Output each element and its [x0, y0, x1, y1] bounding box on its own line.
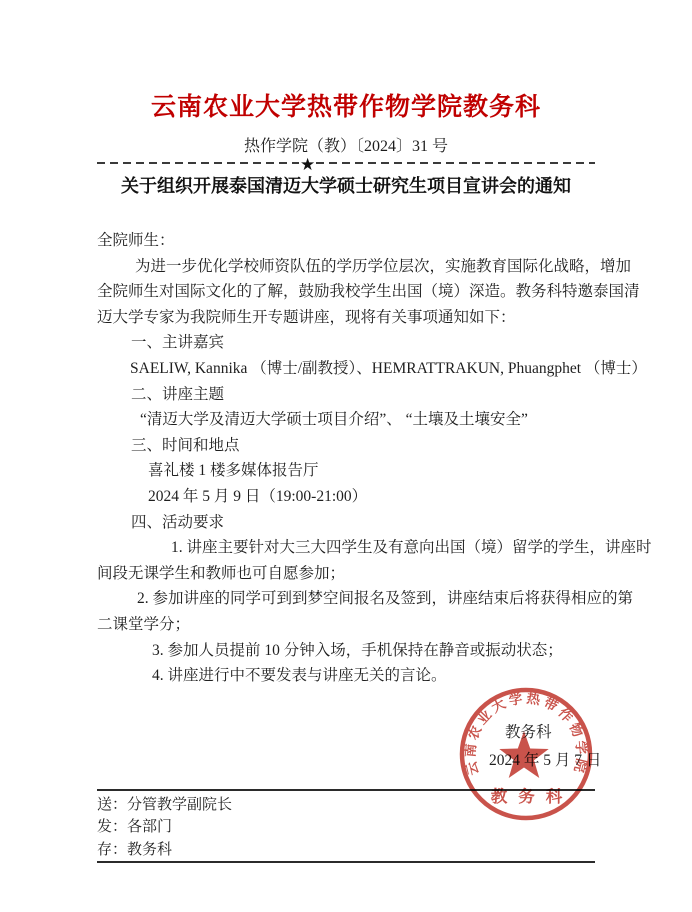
- body-line: 喜礼楼 1 楼多媒体报告厅: [97, 458, 595, 484]
- document-page: 云南农业大学热带作物学院教务科 热作学院（教）〔2024〕31 号 ★ 关于组织…: [0, 0, 692, 912]
- body-line: 2. 参加讲座的同学可到到梦空间报名及签到，讲座结束后将获得相应的第: [97, 586, 595, 612]
- body-line: 全院师生：: [97, 228, 595, 254]
- body-line: “清迈大学及清迈大学硕士项目介绍”、 “土壤及土壤安全”: [97, 407, 595, 433]
- body-line: 3. 参加人员提前 10 分钟入场，手机保持在静音或振动状态；: [97, 638, 595, 664]
- body-line: SAELIW, Kannika （博士/副教授）、HEMRATTRAKUN, P…: [97, 356, 595, 382]
- body-line: 一、主讲嘉宾: [97, 330, 595, 356]
- distribution-row: 存：教务科: [97, 839, 595, 861]
- body-line: 全院师生对国际文化的了解，鼓励我校学生出国（境）深造。教务科特邀泰国清: [97, 279, 595, 305]
- distribution-list: 送：分管教学副院长发：各部门存：教务科: [97, 794, 595, 861]
- body-line: 间段无课学生和教师也可自愿参加；: [97, 561, 595, 587]
- signature-date: 2024 年 5 月 7 日: [489, 751, 601, 770]
- notice-body: 全院师生：为进一步优化学校师资队伍的学历学位层次，实施教育国际化战略，增加全院师…: [97, 228, 595, 689]
- letterhead-title: 云南农业大学热带作物学院教务科: [97, 92, 595, 122]
- footer-rule-top: [97, 789, 595, 791]
- body-line: 为进一步优化学校师资队伍的学历学位层次，实施教育国际化战略，增加: [97, 254, 595, 280]
- footer-rule-bottom: [97, 861, 595, 863]
- letterhead-separator: ★: [97, 154, 595, 171]
- body-line: 迈大学专家为我院师生开专题讲座，现将有关事项通知如下：: [97, 305, 595, 331]
- separator-dash-right: [316, 162, 595, 164]
- body-line: 四、活动要求: [97, 510, 595, 536]
- body-line: 二课堂学分；: [97, 612, 595, 638]
- body-line: 4. 讲座进行中不要发表与讲座无关的言论。: [97, 663, 595, 689]
- signature-department: 教务科: [505, 723, 552, 742]
- body-line: 三、时间和地点: [97, 433, 595, 459]
- body-line: 2024 年 5 月 9 日（19:00-21:00）: [97, 484, 595, 510]
- body-line: 二、讲座主题: [97, 382, 595, 408]
- notice-subject-title: 关于组织开展泰国清迈大学硕士研究生项目宣讲会的通知: [60, 175, 632, 198]
- distribution-row: 送：分管教学副院长: [97, 794, 595, 816]
- body-line: 1. 讲座主要针对大三大四学生及有意向出国（境）留学的学生，讲座时: [97, 535, 595, 561]
- star-icon: ★: [299, 156, 316, 173]
- separator-dash-left: [97, 162, 299, 164]
- distribution-row: 发：各部门: [97, 816, 595, 838]
